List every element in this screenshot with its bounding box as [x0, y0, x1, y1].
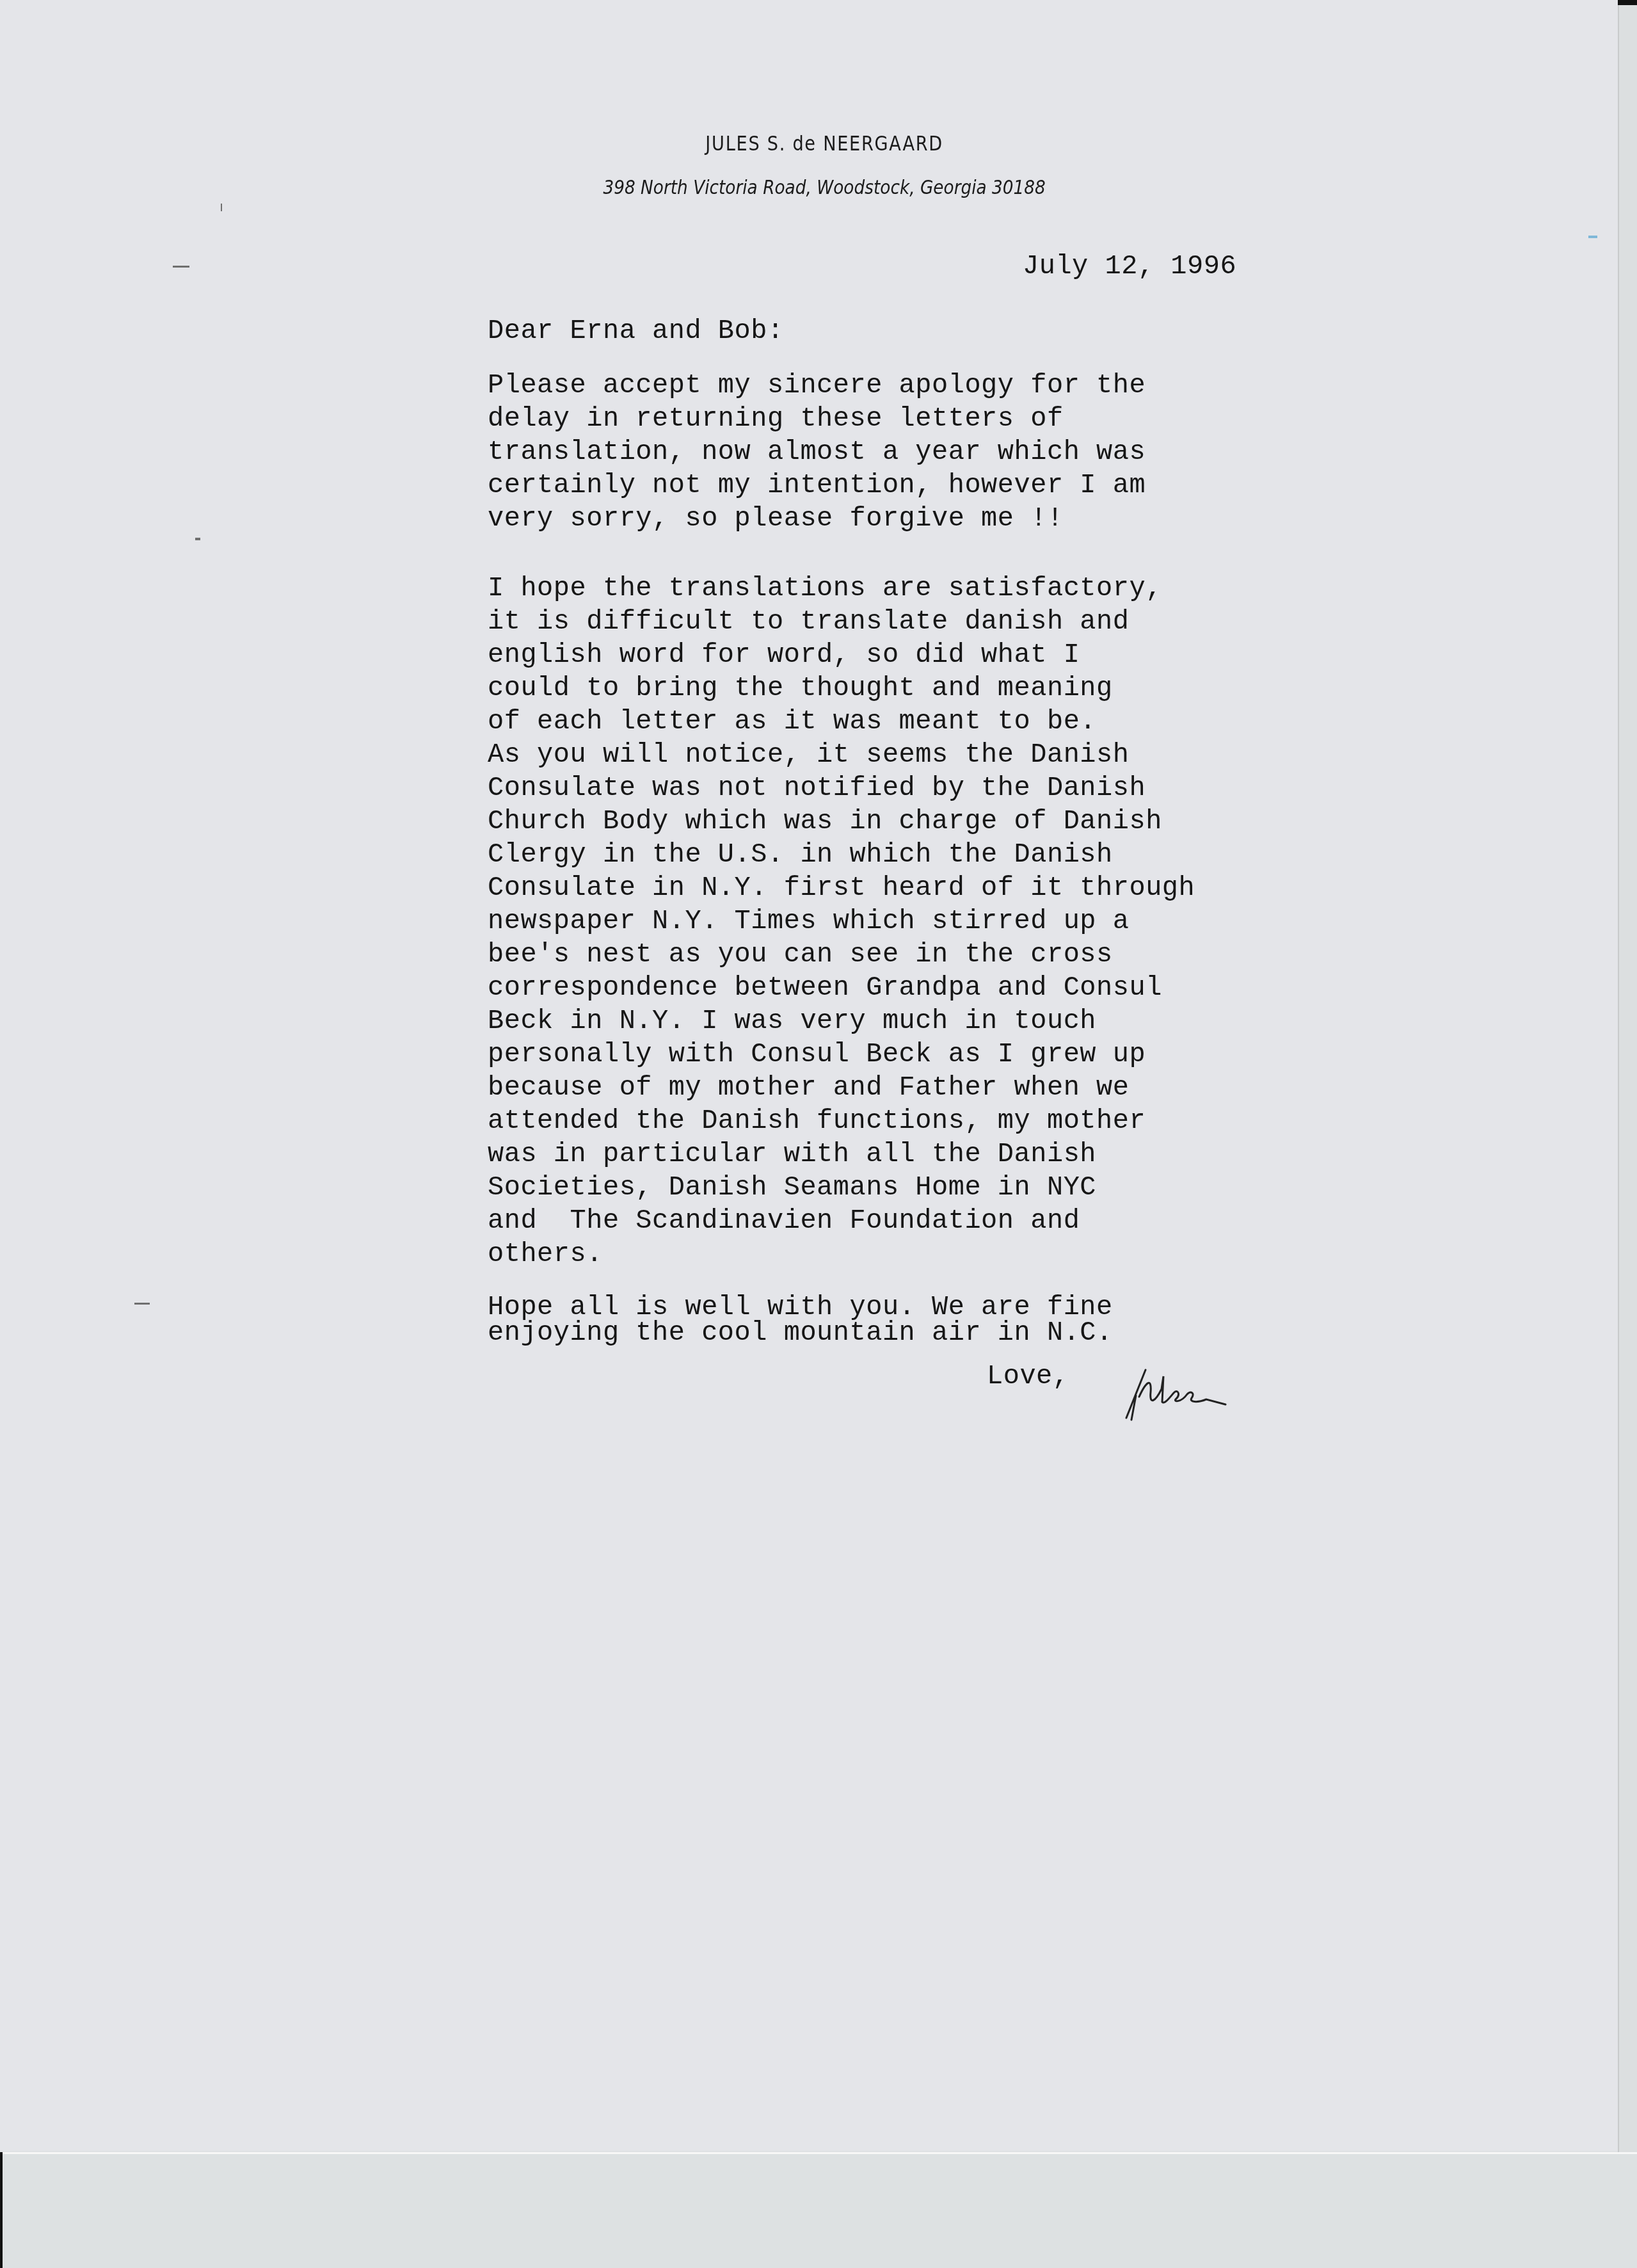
scan-edge-left: [0, 2152, 3, 2268]
letter-line: very sorry, so please forgive me !!: [488, 502, 1146, 535]
letter-line: bee's nest as you can see in the cross: [488, 938, 1195, 971]
letter-line: Clergy in the U.S. in which the Danish: [488, 838, 1195, 871]
letter-line: certainly not my intention, however I am: [488, 469, 1146, 502]
scan-edge-corner: [1618, 0, 1637, 5]
scan-speck: [221, 204, 222, 211]
letter-line: correspondence between Grandpa and Consu…: [488, 971, 1195, 1004]
letter-line: it is difficult to translate danish and: [488, 605, 1195, 638]
closing: Love,: [987, 1361, 1069, 1392]
scan-speck: [134, 1303, 150, 1305]
letter-line: of each letter as it was meant to be.: [488, 705, 1195, 738]
scan-speck: [1588, 236, 1597, 238]
signature-icon: [1101, 1357, 1267, 1428]
letter-line: I hope the translations are satisfactory…: [488, 572, 1195, 605]
letter-line: Consulate was not notified by the Danish: [488, 771, 1195, 805]
letter-line: delay in returning these letters of: [488, 402, 1146, 435]
letter-line: Beck in N.Y. I was very much in touch: [488, 1004, 1195, 1038]
paragraph-apology: Please accept my sincere apology for the…: [488, 369, 1146, 535]
salutation: Dear Erna and Bob:: [488, 316, 784, 346]
letter-line: Societies, Danish Seamans Home in NYC: [488, 1171, 1195, 1204]
letter-line: others.: [488, 1237, 1195, 1271]
letter-line: english word for word, so did what I: [488, 638, 1195, 672]
letter-line: because of my mother and Father when we: [488, 1071, 1195, 1104]
scan-speck: [195, 538, 200, 540]
letter-line: personally with Consul Beck as I grew up: [488, 1038, 1195, 1071]
letter-line: As you will notice, it seems the Danish: [488, 738, 1195, 771]
paragraph-translations: I hope the translations are satisfactory…: [488, 572, 1195, 1271]
letter-line: Church Body which was in charge of Danis…: [488, 805, 1195, 838]
letterhead-name: JULES S. de NEERGAARD: [129, 131, 1520, 156]
letter-date: July 12, 1996: [1023, 251, 1236, 282]
scan-edge-right: [1618, 0, 1637, 2268]
letter-line: translation, now almost a year which was: [488, 435, 1146, 469]
scan-bed-bottom: [0, 2152, 1637, 2268]
letterhead-address: 398 North Victoria Road, Woodstock, Geor…: [129, 176, 1520, 199]
letter-line: Consulate in N.Y. first heard of it thro…: [488, 871, 1195, 905]
letter-line: could to bring the thought and meaning: [488, 672, 1195, 705]
letter-line: newspaper N.Y. Times which stirred up a: [488, 905, 1195, 938]
letter-line: was in particular with all the Danish: [488, 1138, 1195, 1171]
letter-line: and The Scandinavien Foundation and: [488, 1204, 1195, 1237]
paragraph-closing-wishes: Hope all is well with you. We are fineen…: [488, 1294, 1113, 1346]
letter-line: Please accept my sincere apology for the: [488, 369, 1146, 402]
letter-line: attended the Danish functions, my mother: [488, 1104, 1195, 1138]
scan-speck: [173, 266, 189, 268]
letter-line: Hope all is well with you. We are fine: [488, 1294, 1113, 1320]
letter-line: enjoying the cool mountain air in N.C.: [488, 1320, 1113, 1346]
letter-page: JULES S. de NEERGAARD 398 North Victoria…: [0, 0, 1618, 2151]
